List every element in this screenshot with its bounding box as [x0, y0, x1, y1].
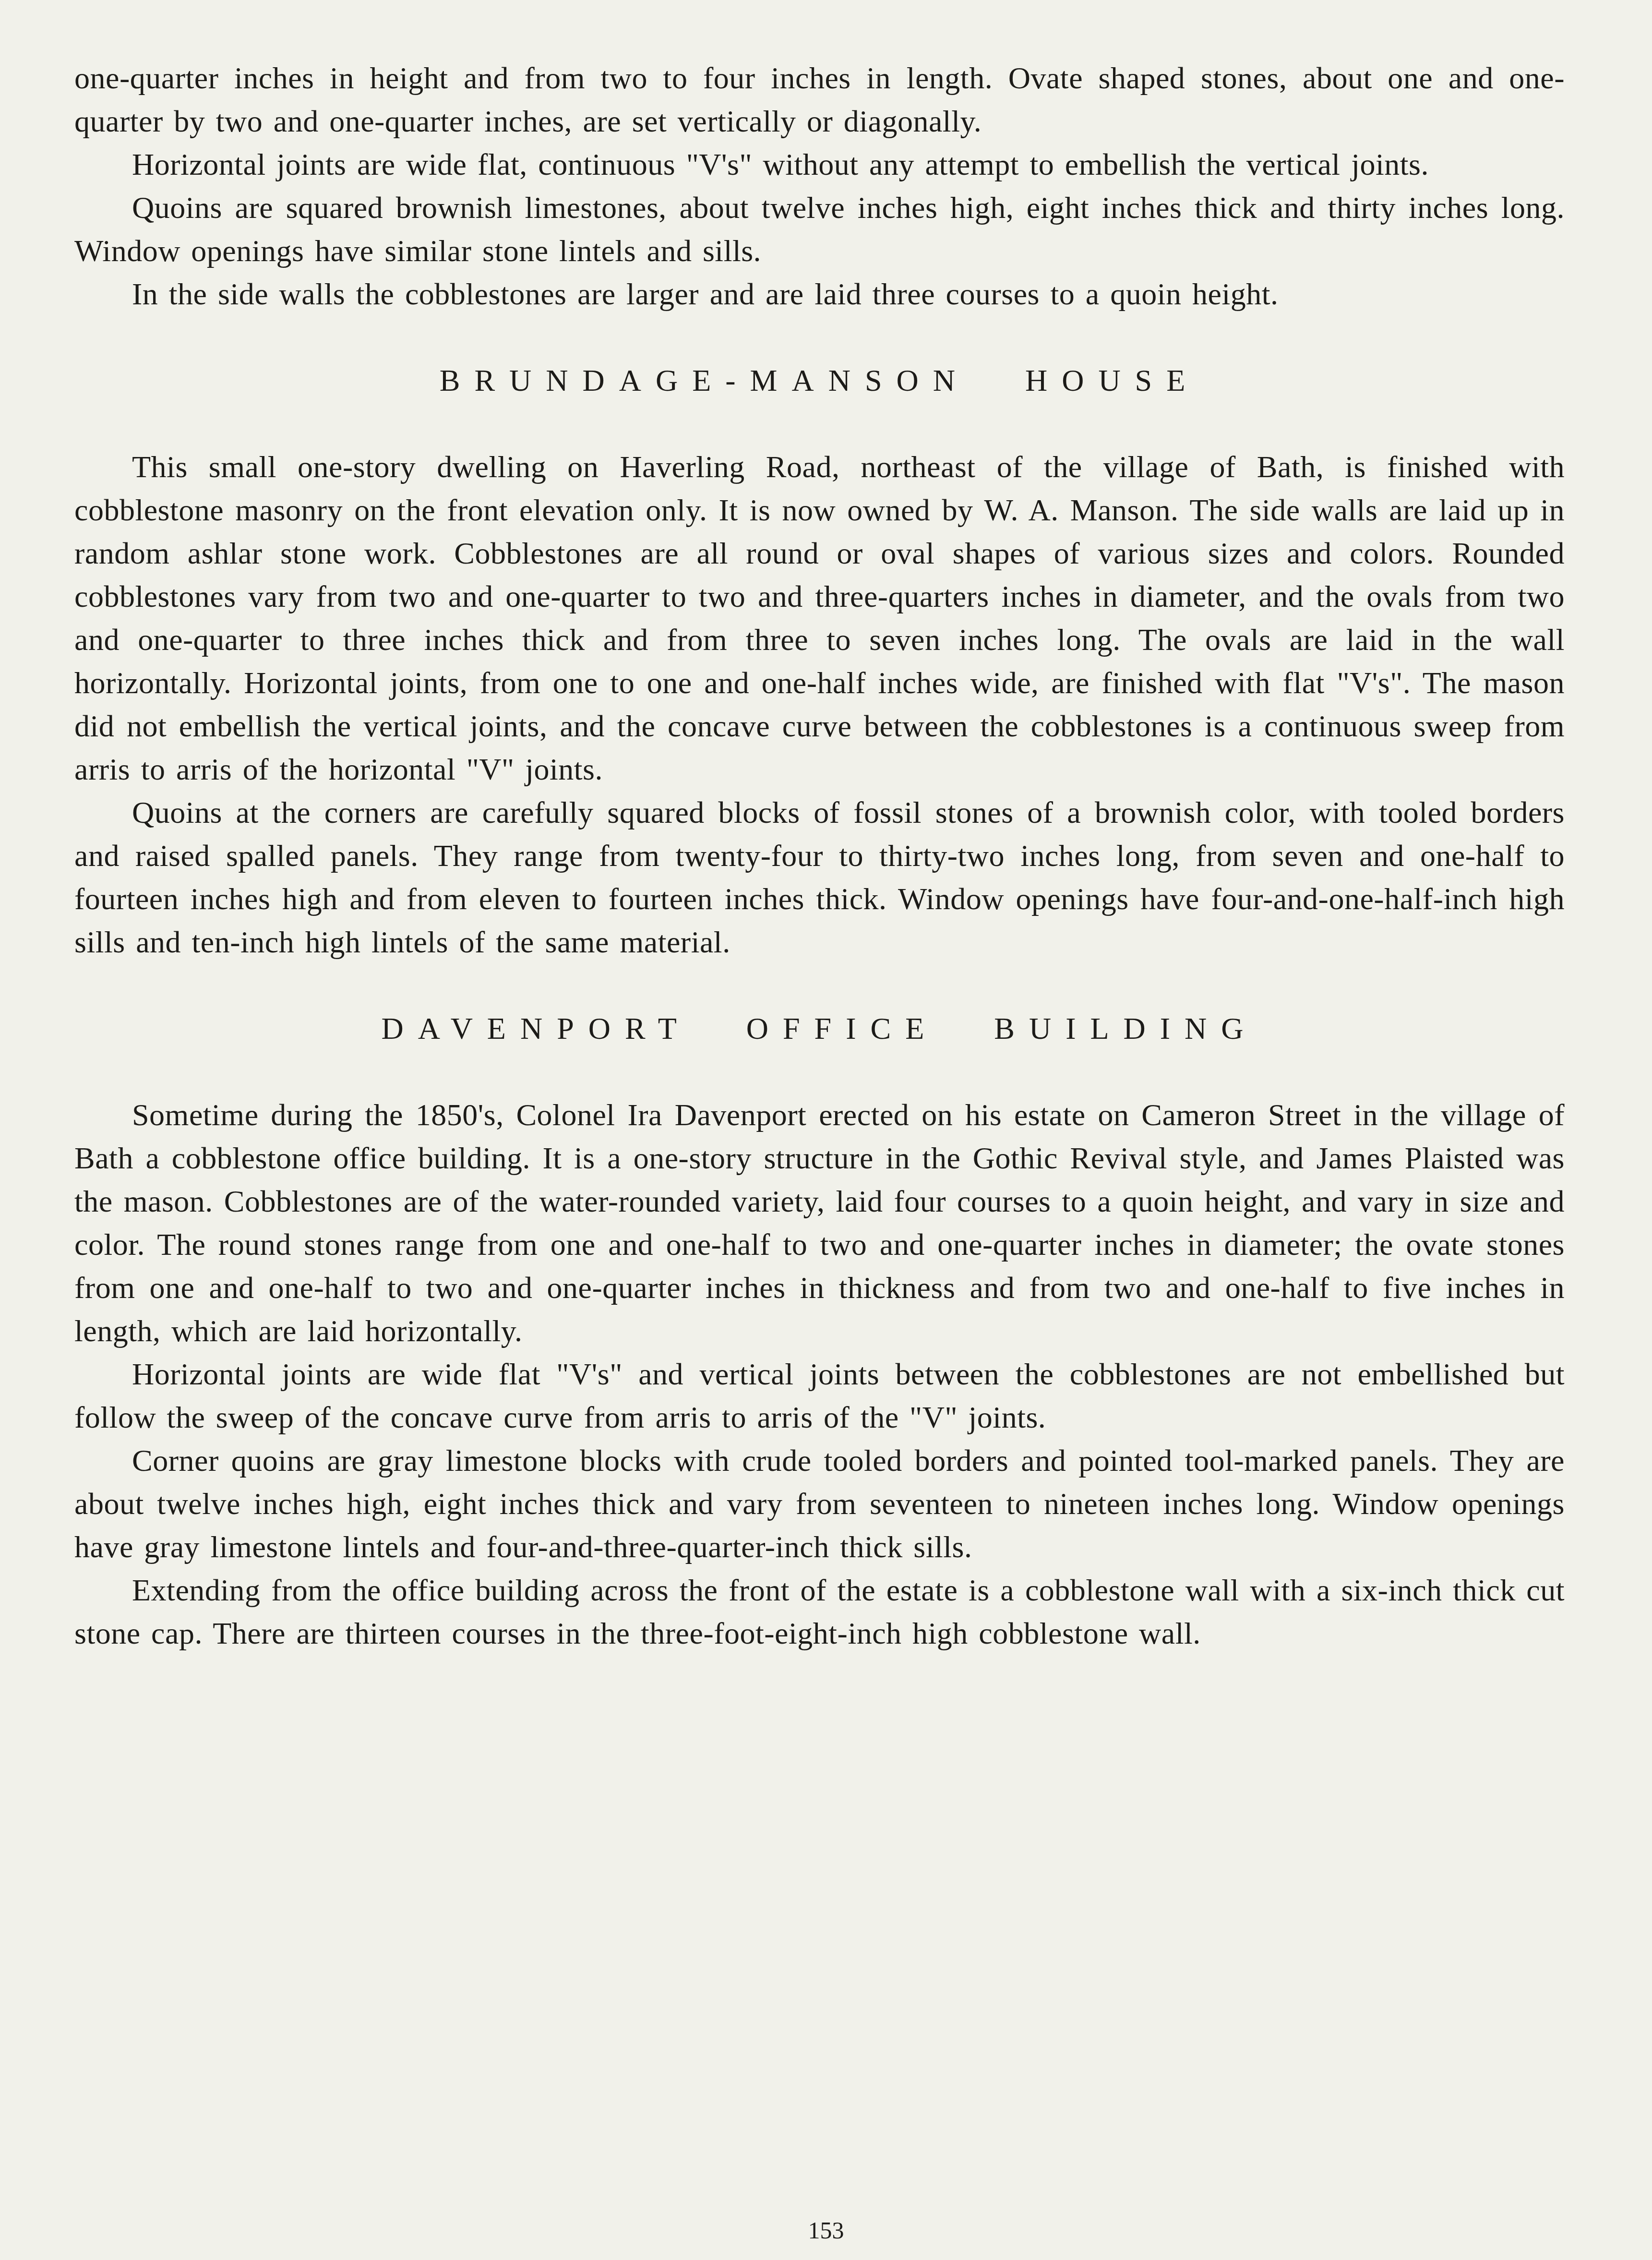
- spacer: [74, 316, 1565, 359]
- spacer: [74, 1050, 1565, 1094]
- paragraph: Horizontal joints are wide flat "V's" an…: [74, 1353, 1565, 1439]
- spacer: [74, 964, 1565, 1007]
- spacer: [74, 402, 1565, 445]
- page-body: one-quarter inches in height and from tw…: [74, 57, 1565, 1655]
- paragraph: In the side walls the cobblestones are l…: [74, 273, 1565, 316]
- paragraph: Corner quoins are gray limestone blocks …: [74, 1439, 1565, 1569]
- paragraph: Sometime during the 1850's, Colonel Ira …: [74, 1094, 1565, 1353]
- paragraph: Quoins are squared brownish limestones, …: [74, 186, 1565, 273]
- paragraph: This small one-story dwelling on Haverli…: [74, 445, 1565, 791]
- paragraph: Quoins at the corners are carefully squa…: [74, 791, 1565, 964]
- paragraph: Horizontal joints are wide flat, continu…: [74, 143, 1565, 186]
- page-number: 153: [0, 2216, 1652, 2245]
- section-heading-brundage-manson: BRUNDAGE-MANSON HOUSE: [74, 359, 1565, 402]
- paragraph: Extending from the office building acros…: [74, 1569, 1565, 1655]
- paragraph: one-quarter inches in height and from tw…: [74, 57, 1565, 143]
- section-heading-davenport-office: DAVENPORT OFFICE BUILDING: [74, 1007, 1565, 1050]
